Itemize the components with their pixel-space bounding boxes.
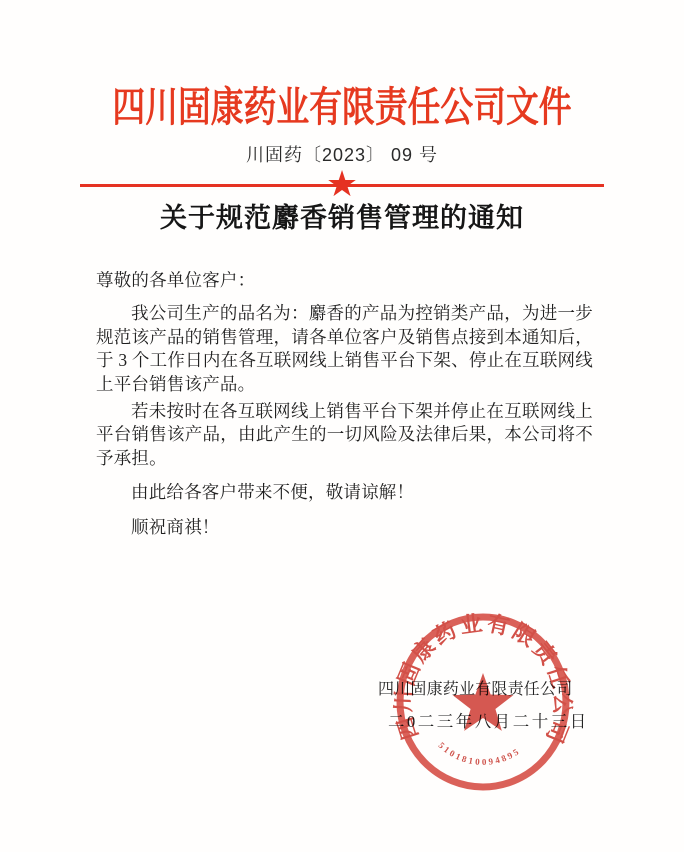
company-seal-stamp: 四川固康药业有限责任公司 5101810094895 [392,613,574,793]
seal-registration-number: 5101810094895 [437,740,523,767]
body-paragraph: 由此给各客户带来不便，敬请谅解！ [96,481,593,504]
closing-line: 顺祝商祺！ [96,516,593,539]
svg-text:5101810094895: 5101810094895 [437,740,523,767]
letterhead-title: 四川固康药业有限责任公司文件 [68,74,615,133]
salutation: 尊敬的各单位客户： [96,269,593,292]
body-paragraph: 若未按时在各互联网线上销售平台下架并停止在互联网线上平台销售该产品，由此产生的一… [96,400,593,470]
scanned-document-page: 四川固康药业有限责任公司文件 川固药〔2023〕 09 号 ★ 关于规范麝香销售… [0,0,684,852]
seal-star-icon [453,673,514,731]
body-paragraph: 我公司生产的品名为：麝香的产品为控销类产品，为进一步规范该产品的销售管理，请各单… [96,302,593,396]
document-body: 尊敬的各单位客户： 我公司生产的品名为：麝香的产品为控销类产品，为进一步规范该产… [96,269,593,539]
notice-title: 关于规范麝香销售管理的通知 [0,196,684,235]
